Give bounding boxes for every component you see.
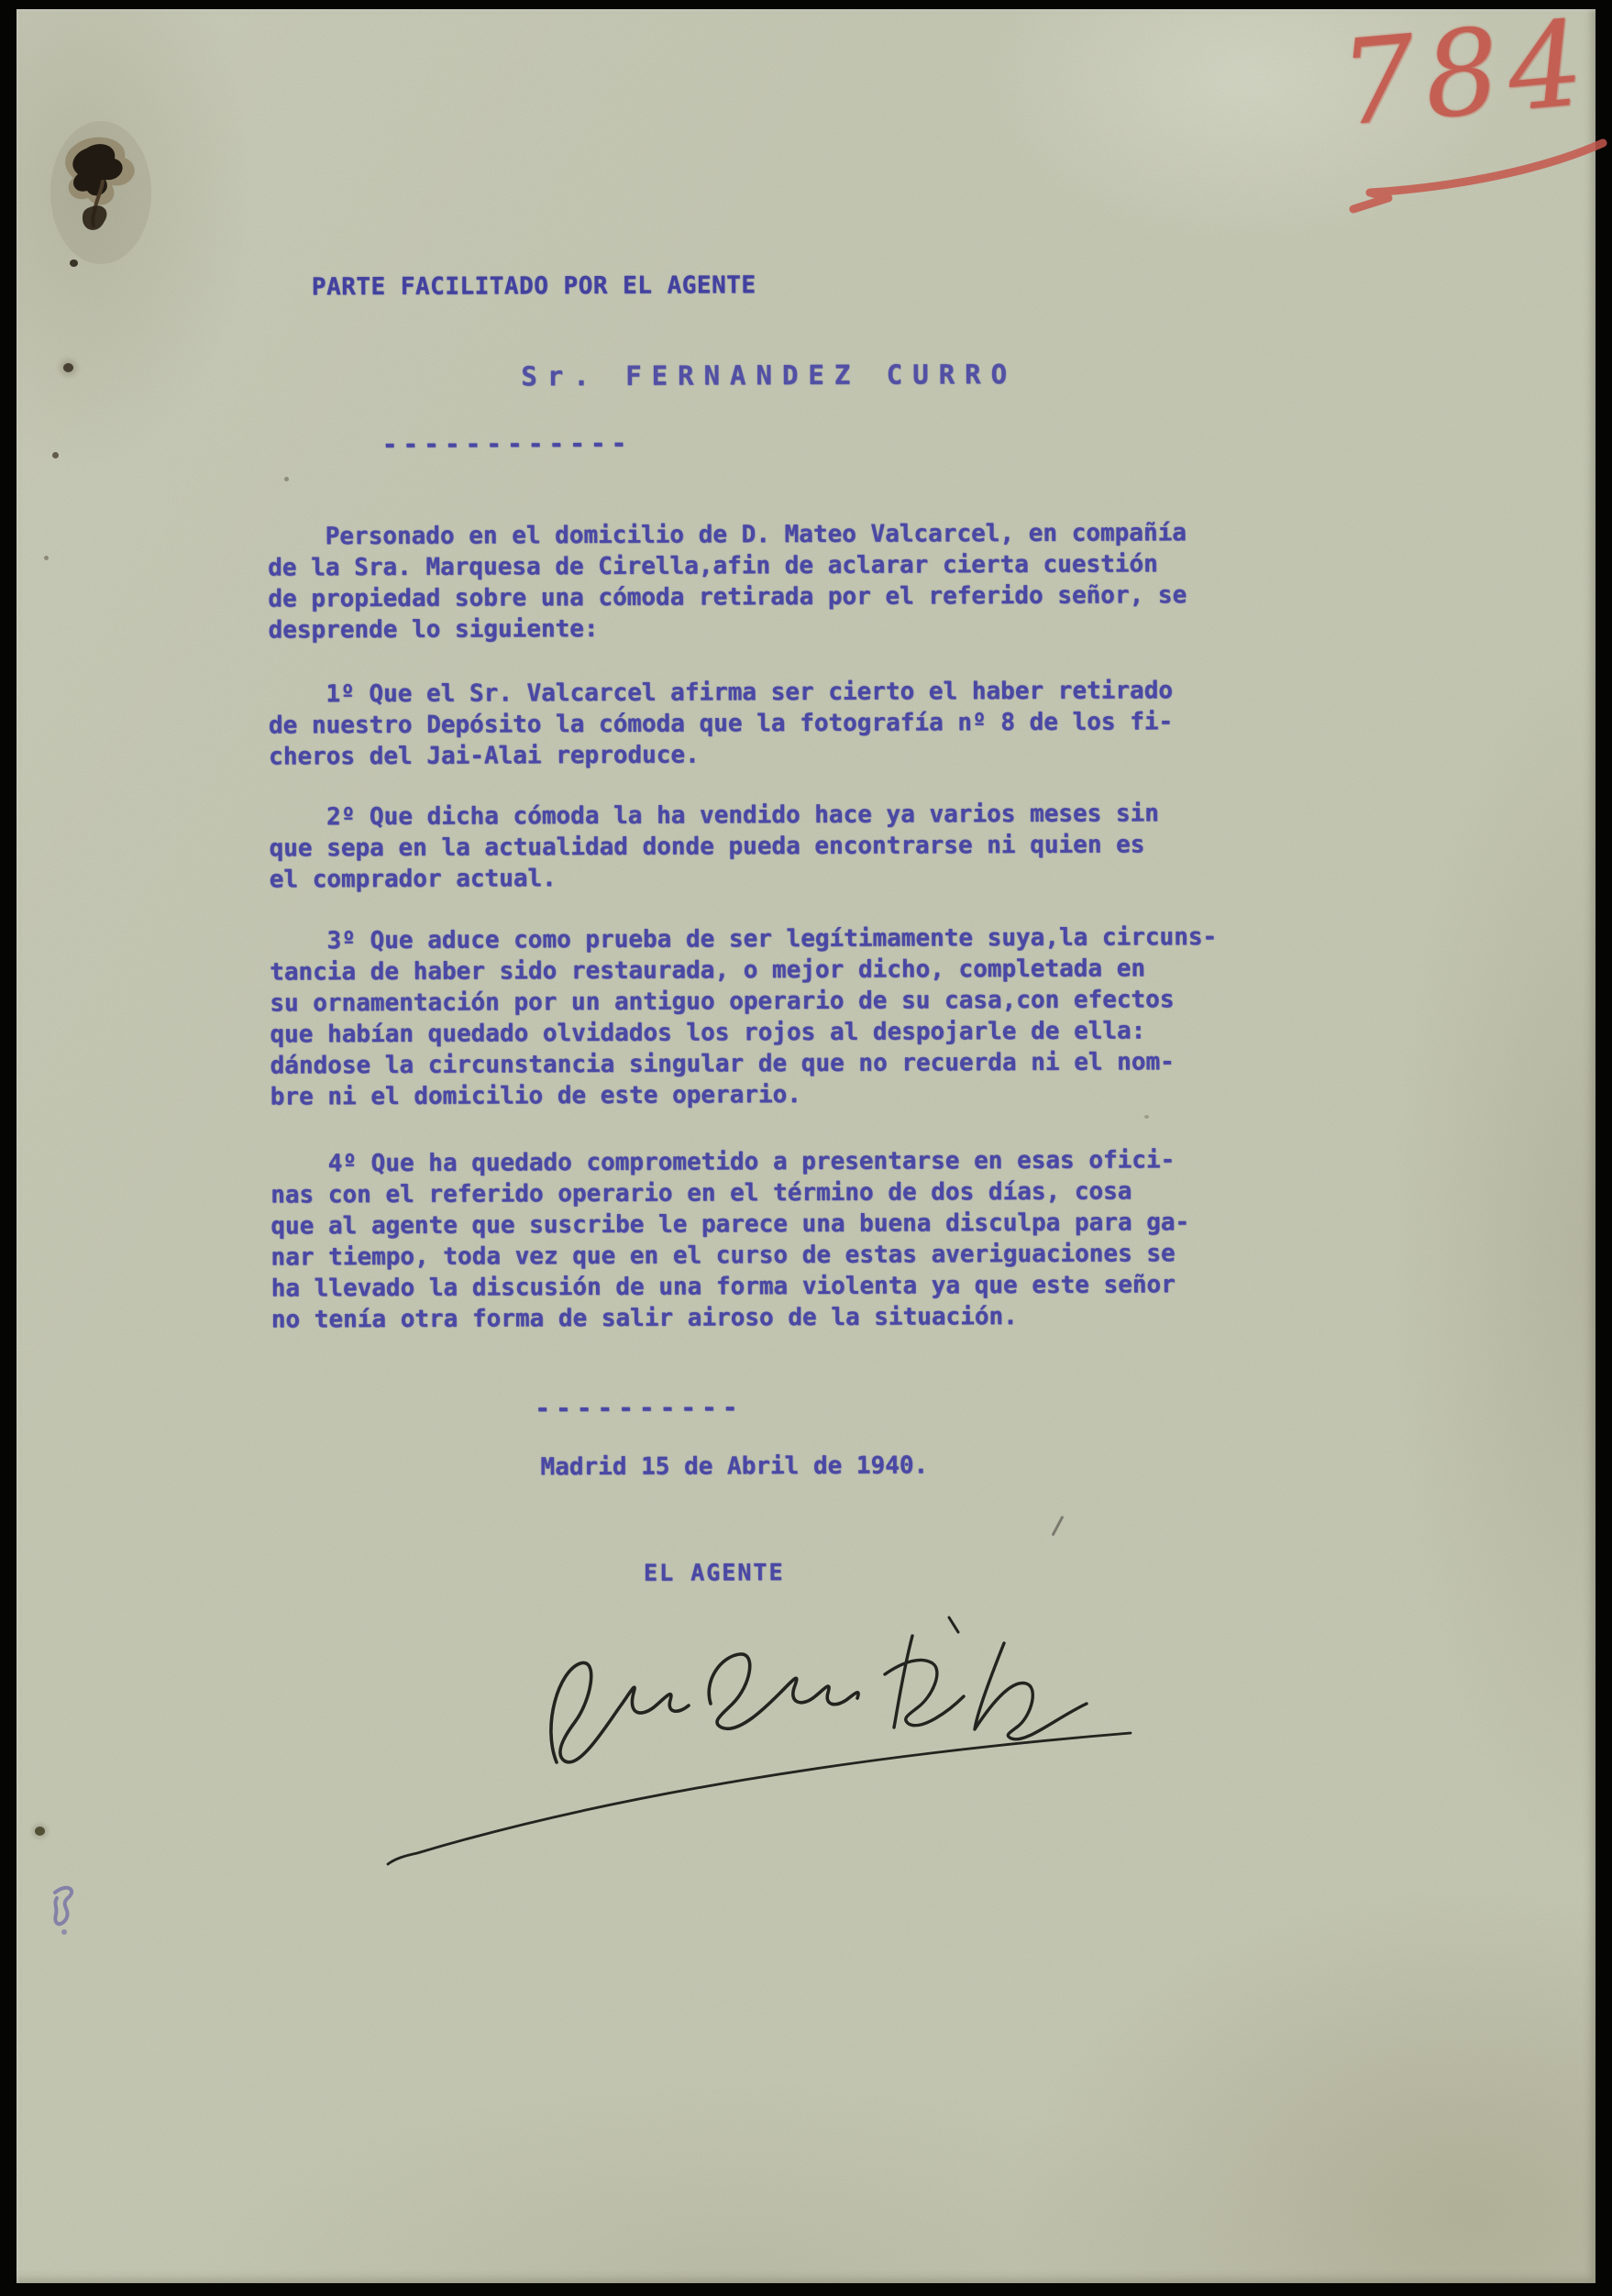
signer-role-label: EL AGENTE <box>644 1559 785 1586</box>
document-title: PARTE FACILITADO POR EL AGENTE <box>312 271 756 301</box>
paragraph-point-2: 2º Que dicha cómoda la ha vendido hace y… <box>269 798 1296 896</box>
addressee-line: Sr. FERNANDEZ CURRO <box>521 359 1017 392</box>
paragraph-intro: Personado en el domicilio de D. Mateo Va… <box>268 517 1296 646</box>
typewritten-content: PARTE FACILITADO POR EL AGENTE Sr. FERNA… <box>0 0 1612 2296</box>
dateline: Madrid 15 de Abril de 1940. <box>540 1452 928 1481</box>
paragraph-point-3: 3º Que aduce como prueba de ser legítima… <box>270 922 1297 1113</box>
paragraph-point-4: 4º Que ha quedado comprometido a present… <box>271 1144 1298 1336</box>
agent-signature <box>362 1616 1151 1891</box>
dashed-divider-bottom: - - - - - - - - - - <box>535 1392 737 1423</box>
scanned-document-page: 784 PARTE FACILITADO POR EL AGENTE Sr. F… <box>0 0 1612 2296</box>
dashed-divider-top: - - - - - - - - - - - - <box>382 428 627 459</box>
paragraph-point-1: 1º Que el Sr. Valcarcel afirma ser ciert… <box>269 675 1296 773</box>
